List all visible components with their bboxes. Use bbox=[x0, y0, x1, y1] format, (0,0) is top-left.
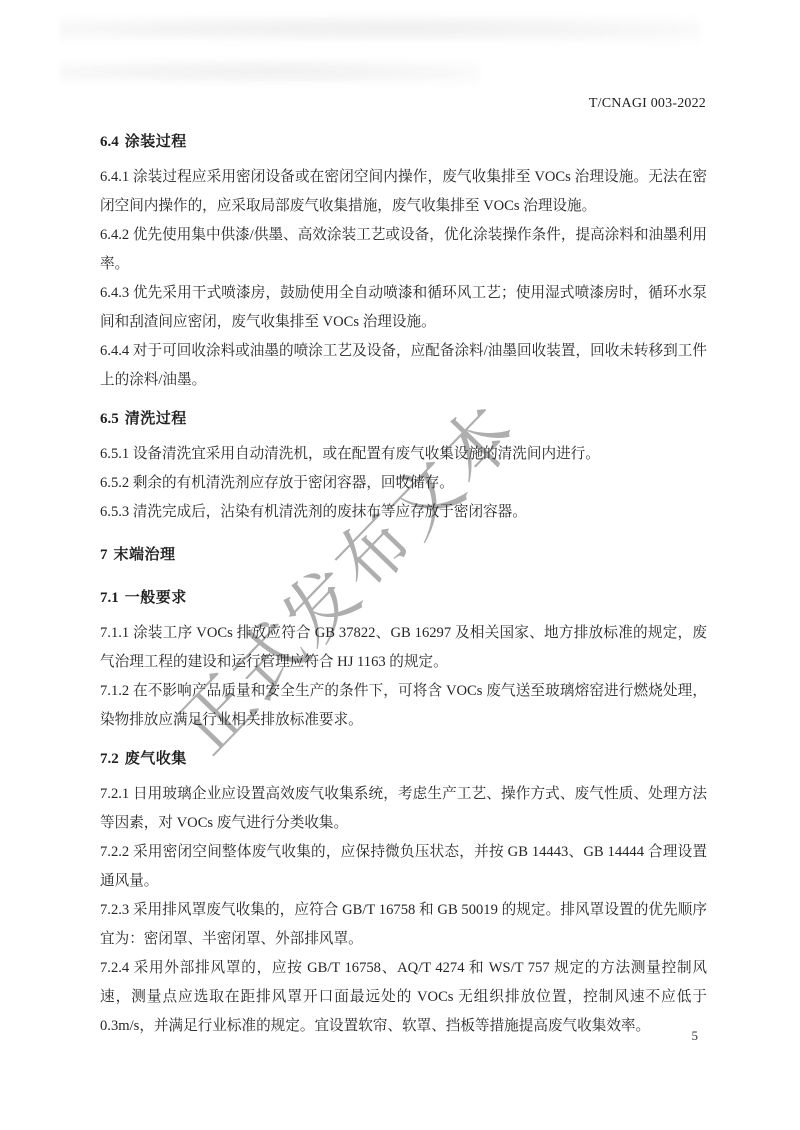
chapter-number: 7 bbox=[100, 547, 108, 563]
page-number: 5 bbox=[692, 1028, 699, 1044]
section-title: 涂装过程 bbox=[125, 132, 187, 150]
document-page: T/CNAGI 003-2022 正式发布文本 6.4涂装过程 6.4.1 涂装… bbox=[0, 0, 800, 1130]
clause-6-5-3: 6.5.3 清洗完成后，沾染有机清洗剂的废抹布等应存放于密闭容器。 bbox=[100, 498, 707, 527]
clause-7-2-2: 7.2.2 采用密闭空间整体废气收集的，应保持微负压状态，并按 GB 14443… bbox=[100, 838, 707, 896]
section-title: 废气收集 bbox=[125, 749, 187, 767]
clause-6-4-4: 6.4.4 对于可回收涂料或油墨的喷涂工艺及设备，应配备涂料/油墨回收装置，回收… bbox=[100, 337, 707, 395]
clause-6-5-2: 6.5.2 剩余的有机清洗剂应存放于密闭容器，回收储存。 bbox=[100, 469, 707, 498]
section-heading-6-4: 6.4涂装过程 bbox=[100, 130, 707, 153]
scan-noise-band bbox=[60, 58, 480, 86]
clause-7-2-4: 7.2.4 采用外部排风罩的，应按 GB/T 16758、AQ/T 4274 和… bbox=[100, 954, 707, 1041]
section-heading-7-2: 7.2废气收集 bbox=[100, 747, 707, 770]
section-number: 7.2 bbox=[100, 751, 119, 767]
scan-noise-band bbox=[60, 14, 700, 44]
section-title: 一般要求 bbox=[125, 588, 187, 606]
chapter-title: 末端治理 bbox=[114, 545, 176, 563]
clause-6-4-3: 6.4.3 优先采用干式喷漆房，鼓励使用全自动喷漆和循环风工艺；使用湿式喷漆房时… bbox=[100, 279, 707, 337]
section-heading-7-1: 7.1一般要求 bbox=[100, 586, 707, 609]
section-number: 6.5 bbox=[100, 411, 119, 427]
clause-7-2-3: 7.2.3 采用排风罩废气收集的，应符合 GB/T 16758 和 GB 500… bbox=[100, 896, 707, 954]
chapter-heading-7: 7末端治理 bbox=[100, 543, 707, 566]
section-heading-6-5: 6.5清洗过程 bbox=[100, 407, 707, 430]
clause-7-1-2: 7.1.2 在不影响产品质量和安全生产的条件下，可将含 VOCs 废气送至玻璃熔… bbox=[100, 677, 707, 735]
clause-6-5-1: 6.5.1 设备清洗宜采用自动清洗机，或在配置有废气收集设施的清洗间内进行。 bbox=[100, 440, 707, 469]
section-number: 7.1 bbox=[100, 590, 119, 606]
standard-code-header: T/CNAGI 003-2022 bbox=[589, 96, 706, 112]
clause-6-4-1: 6.4.1 涂装过程应采用密闭设备或在密闭空间内操作，废气收集排至 VOCs 治… bbox=[100, 163, 707, 221]
clause-6-4-2: 6.4.2 优先使用集中供漆/供墨、高效涂装工艺或设备，优化涂装操作条件，提高涂… bbox=[100, 221, 707, 279]
document-body: 6.4涂装过程 6.4.1 涂装过程应采用密闭设备或在密闭空间内操作，废气收集排… bbox=[100, 118, 707, 1041]
clause-7-1-1: 7.1.1 涂装工序 VOCs 排放应符合 GB 37822、GB 16297 … bbox=[100, 619, 707, 677]
section-number: 6.4 bbox=[100, 134, 119, 150]
section-title: 清洗过程 bbox=[125, 409, 187, 427]
clause-7-2-1: 7.2.1 日用玻璃企业应设置高效废气收集系统，考虑生产工艺、操作方式、废气性质… bbox=[100, 780, 707, 838]
